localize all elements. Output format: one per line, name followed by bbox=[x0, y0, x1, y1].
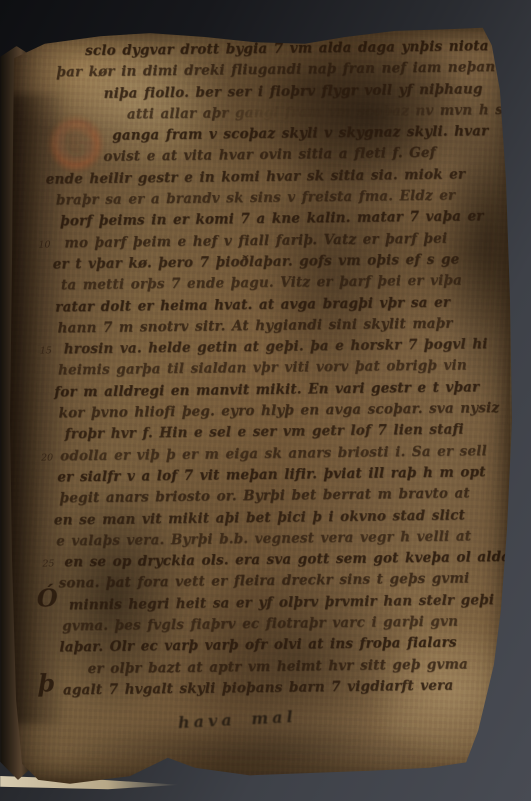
line-number: 20 bbox=[41, 447, 53, 468]
marginal-initial: þ bbox=[38, 672, 55, 694]
manuscript-photo: G sclo dygvar drott bygia 7 vm alda daga… bbox=[0, 0, 531, 801]
manuscript-text: sclo dygvar drott bygia 7 vm alda daga y… bbox=[8, 34, 520, 700]
line-number: 15 bbox=[40, 341, 52, 362]
parchment-page: G sclo dygvar drott bygia 7 vm alda daga… bbox=[8, 24, 512, 786]
title-annotation: hava mal bbox=[178, 707, 297, 732]
marginal-initial: Ó bbox=[37, 587, 58, 609]
line-text: agalt 7 hvgalt skyli þioþans barn 7 vigd… bbox=[63, 678, 454, 699]
text-line: þagalt 7 hvgalt skyli þioþans barn 7 vig… bbox=[63, 673, 520, 700]
line-number: 25 bbox=[42, 554, 54, 575]
line-number: 10 bbox=[38, 234, 50, 255]
